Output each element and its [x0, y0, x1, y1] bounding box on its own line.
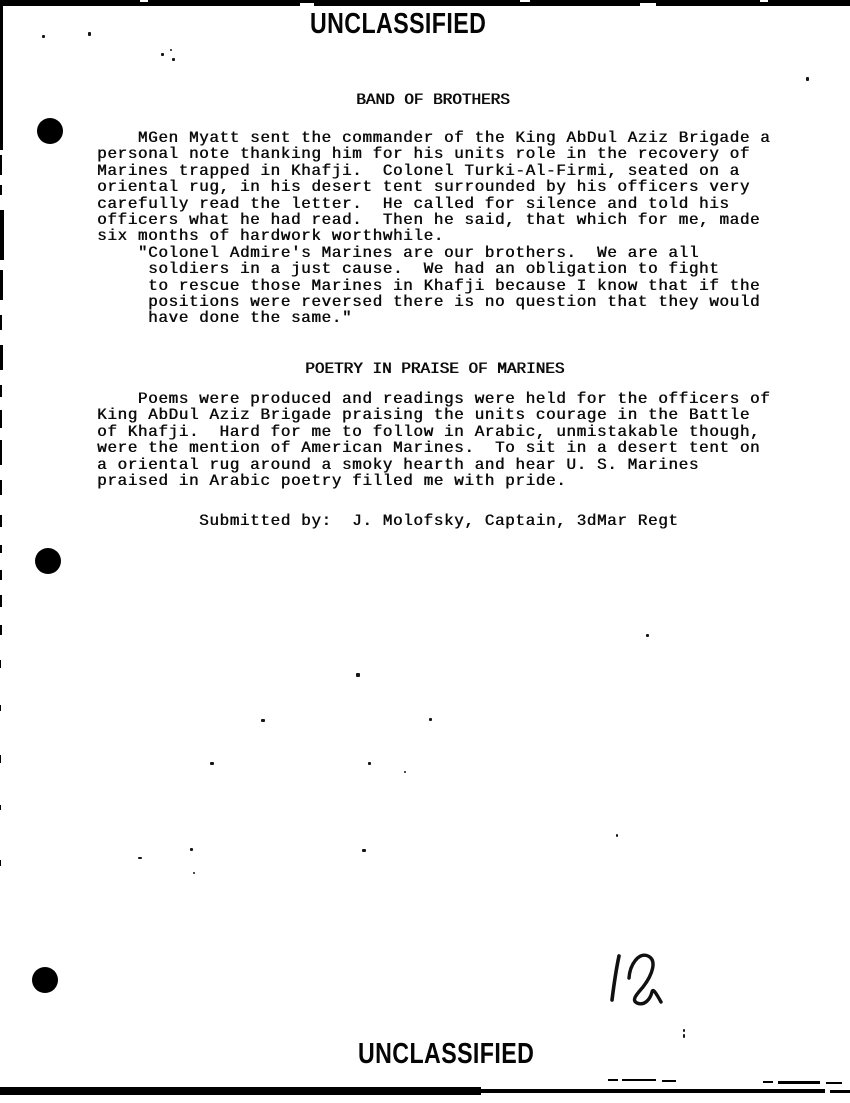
hole-punch-dot [35, 548, 61, 574]
scan-speck [261, 719, 265, 722]
handwritten-page-number [595, 940, 675, 1015]
page-border-top-notch [520, 0, 530, 2]
page-border-left [0, 270, 3, 300]
scan-speck [193, 872, 195, 874]
scan-speck [138, 857, 142, 859]
page-border-left [0, 315, 2, 330]
page-border-left [0, 705, 1, 711]
scan-speck [210, 762, 214, 765]
scan-speck [88, 32, 91, 36]
page-border-left [0, 625, 2, 635]
page-border-bottom [481, 1089, 825, 1093]
page-border-left [0, 440, 2, 465]
scan-speck [356, 673, 360, 677]
page-border-top [0, 0, 850, 6]
page-border-top-notch [140, 0, 148, 2]
scan-dash [826, 1082, 842, 1084]
scanned-document-page: UNCLASSIFIED BAND OF BROTHERS MGen Myatt… [0, 0, 850, 1103]
scan-dash [622, 1079, 656, 1081]
page-border-left [0, 595, 2, 607]
scan-speck [362, 849, 366, 852]
classification-footer: UNCLASSIFIED [358, 1038, 534, 1070]
scan-dash [608, 1079, 618, 1081]
handwritten-digit-2 [629, 955, 661, 1004]
page-border-left [0, 480, 2, 495]
page-border-left [0, 515, 2, 527]
page-border-left [0, 805, 1, 810]
scan-speck [172, 58, 175, 61]
submitted-by-line: Submitted by: J. Molofsky, Captain, 3dMa… [199, 513, 678, 529]
page-border-left [0, 210, 4, 260]
page-border-bottom [830, 1090, 850, 1093]
page-border-left [0, 660, 1, 668]
page-border-top-notch [300, 3, 314, 6]
scan-dash [778, 1081, 820, 1084]
section-body-band-of-brothers: MGen Myatt sent the commander of the Kin… [97, 130, 770, 327]
hole-punch-dot [37, 118, 63, 144]
page-border-left [0, 385, 2, 397]
page-border-left [0, 410, 2, 428]
page-border-left [0, 0, 3, 150]
section-body-poetry-in-praise-of-marines: Poems were produced and readings were he… [97, 391, 770, 489]
scan-speck [616, 834, 618, 837]
scan-speck [161, 53, 164, 56]
section-heading-band-of-brothers: BAND OF BROTHERS [356, 92, 510, 108]
scan-speck [806, 77, 809, 81]
hole-punch-dot [32, 967, 58, 993]
handwritten-digit-1 [612, 956, 619, 1000]
page-border-top-notch [760, 0, 768, 2]
page-border-left [0, 570, 2, 580]
scan-speck [646, 634, 649, 637]
page-border-left [0, 185, 2, 195]
page-border-left [0, 755, 1, 763]
page-border-left [0, 155, 2, 175]
page-border-left [0, 545, 2, 553]
scan-speck [683, 1029, 685, 1032]
scan-speck [170, 49, 172, 51]
scan-speck [404, 771, 406, 773]
scan-speck [429, 718, 432, 721]
classification-header: UNCLASSIFIED [310, 8, 486, 40]
section-heading-poetry-in-praise-of-marines: POETRY IN PRAISE OF MARINES [305, 361, 564, 377]
scan-dash [763, 1081, 773, 1083]
scan-dash [662, 1080, 676, 1082]
scan-speck [190, 848, 193, 851]
page-border-left [0, 860, 1, 866]
page-border-bottom [0, 1087, 481, 1095]
page-border-top-notch [640, 3, 656, 6]
page-border-left [0, 345, 3, 370]
scan-speck [683, 1034, 685, 1038]
scan-speck [368, 762, 371, 765]
scan-speck [42, 35, 45, 38]
